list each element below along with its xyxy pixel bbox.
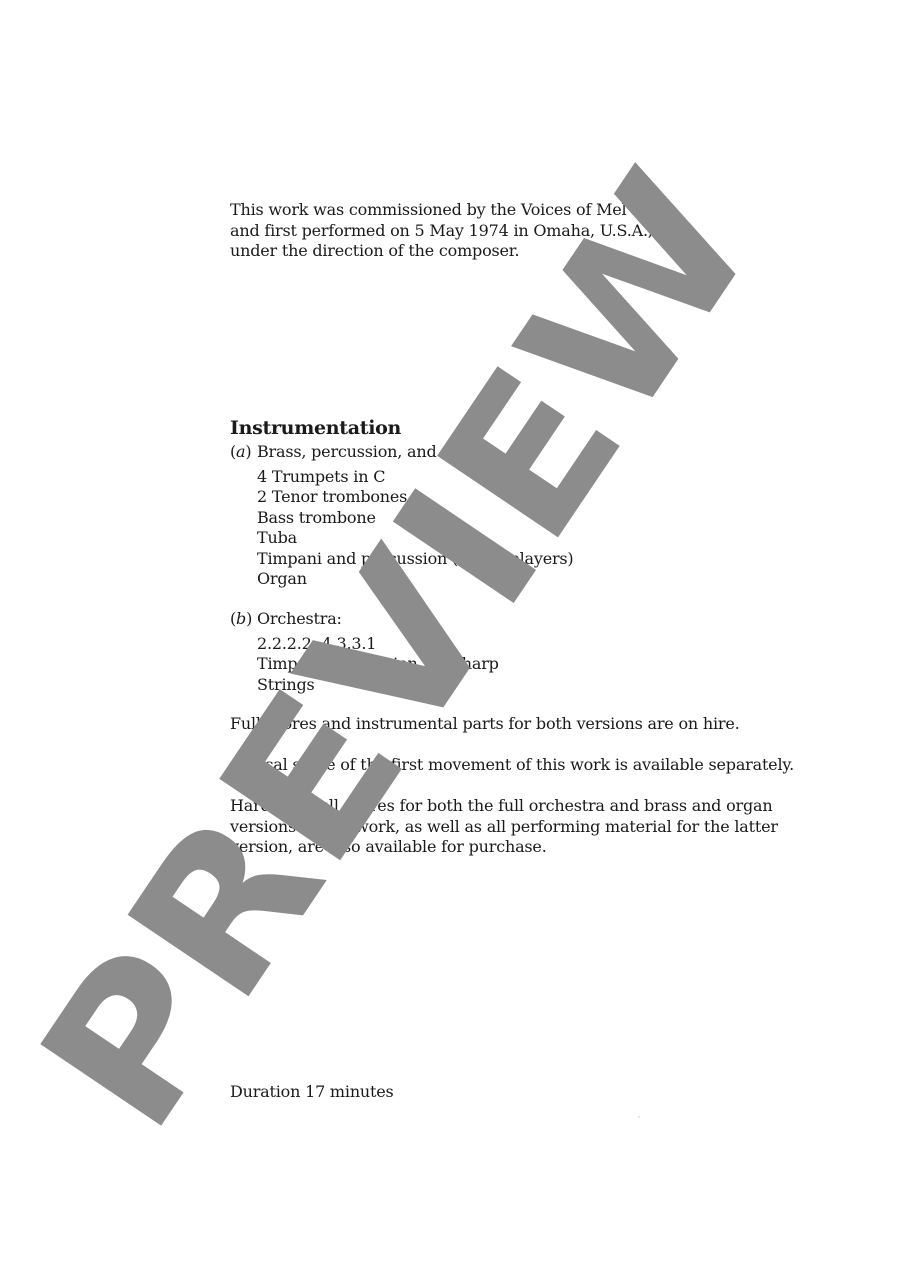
version-b-instrument-list: 2.2.2.2.-4.3.3.1 Timpani, percussion, an…: [257, 634, 499, 695]
version-a-label: (a)Brass, percussion, and organ:: [230, 442, 493, 463]
instrument-item: 4 Trumpets in C: [257, 467, 573, 487]
version-a-title: Brass, percussion, and organ:: [257, 442, 493, 461]
commission-note: This work was commissioned by the Voices…: [230, 200, 690, 262]
instrument-item: Organ: [257, 569, 573, 589]
hire-note: Full scores and instrumental parts for b…: [230, 714, 740, 735]
scan-speck: [638, 1116, 640, 1118]
purchase-line: Hardback full scores for both the full o…: [230, 796, 778, 817]
instrument-item: Tuba: [257, 528, 573, 548]
purchase-line: versions of this work, as well as all pe…: [230, 817, 778, 838]
instrument-item: Bass trombone: [257, 508, 573, 528]
instrument-item: Timpani and percussion (2 or 3 players): [257, 549, 573, 569]
instrumentation-heading: Instrumentation: [230, 416, 401, 440]
document-page: This work was commissioned by the Voices…: [0, 0, 900, 1273]
version-b-marker: (b): [230, 609, 257, 630]
instrument-item: 2.2.2.2.-4.3.3.1: [257, 634, 499, 654]
version-b-letter: b: [236, 609, 246, 628]
version-a-letter: a: [236, 442, 245, 461]
commission-line: and first performed on 5 May 1974 in Oma…: [230, 221, 690, 242]
version-b-title: Orchestra:: [257, 609, 342, 628]
vocal-score-note: A vocal score of the first movement of t…: [230, 755, 794, 776]
purchase-note: Hardback full scores for both the full o…: [230, 796, 778, 858]
purchase-line: version, are also available for purchase…: [230, 837, 778, 858]
commission-line: This work was commissioned by the Voices…: [230, 200, 690, 221]
version-b-label: (b)Orchestra:: [230, 609, 342, 630]
duration: Duration 17 minutes: [230, 1082, 394, 1102]
instrument-item: Strings: [257, 675, 499, 695]
version-a-instrument-list: 4 Trumpets in C 2 Tenor trombones Bass t…: [257, 467, 573, 589]
commission-line: under the direction of the composer.: [230, 241, 690, 262]
instrument-item: 2 Tenor trombones: [257, 487, 573, 507]
instrument-item: Timpani, percussion, and harp: [257, 654, 499, 674]
version-a-marker: (a): [230, 442, 257, 463]
